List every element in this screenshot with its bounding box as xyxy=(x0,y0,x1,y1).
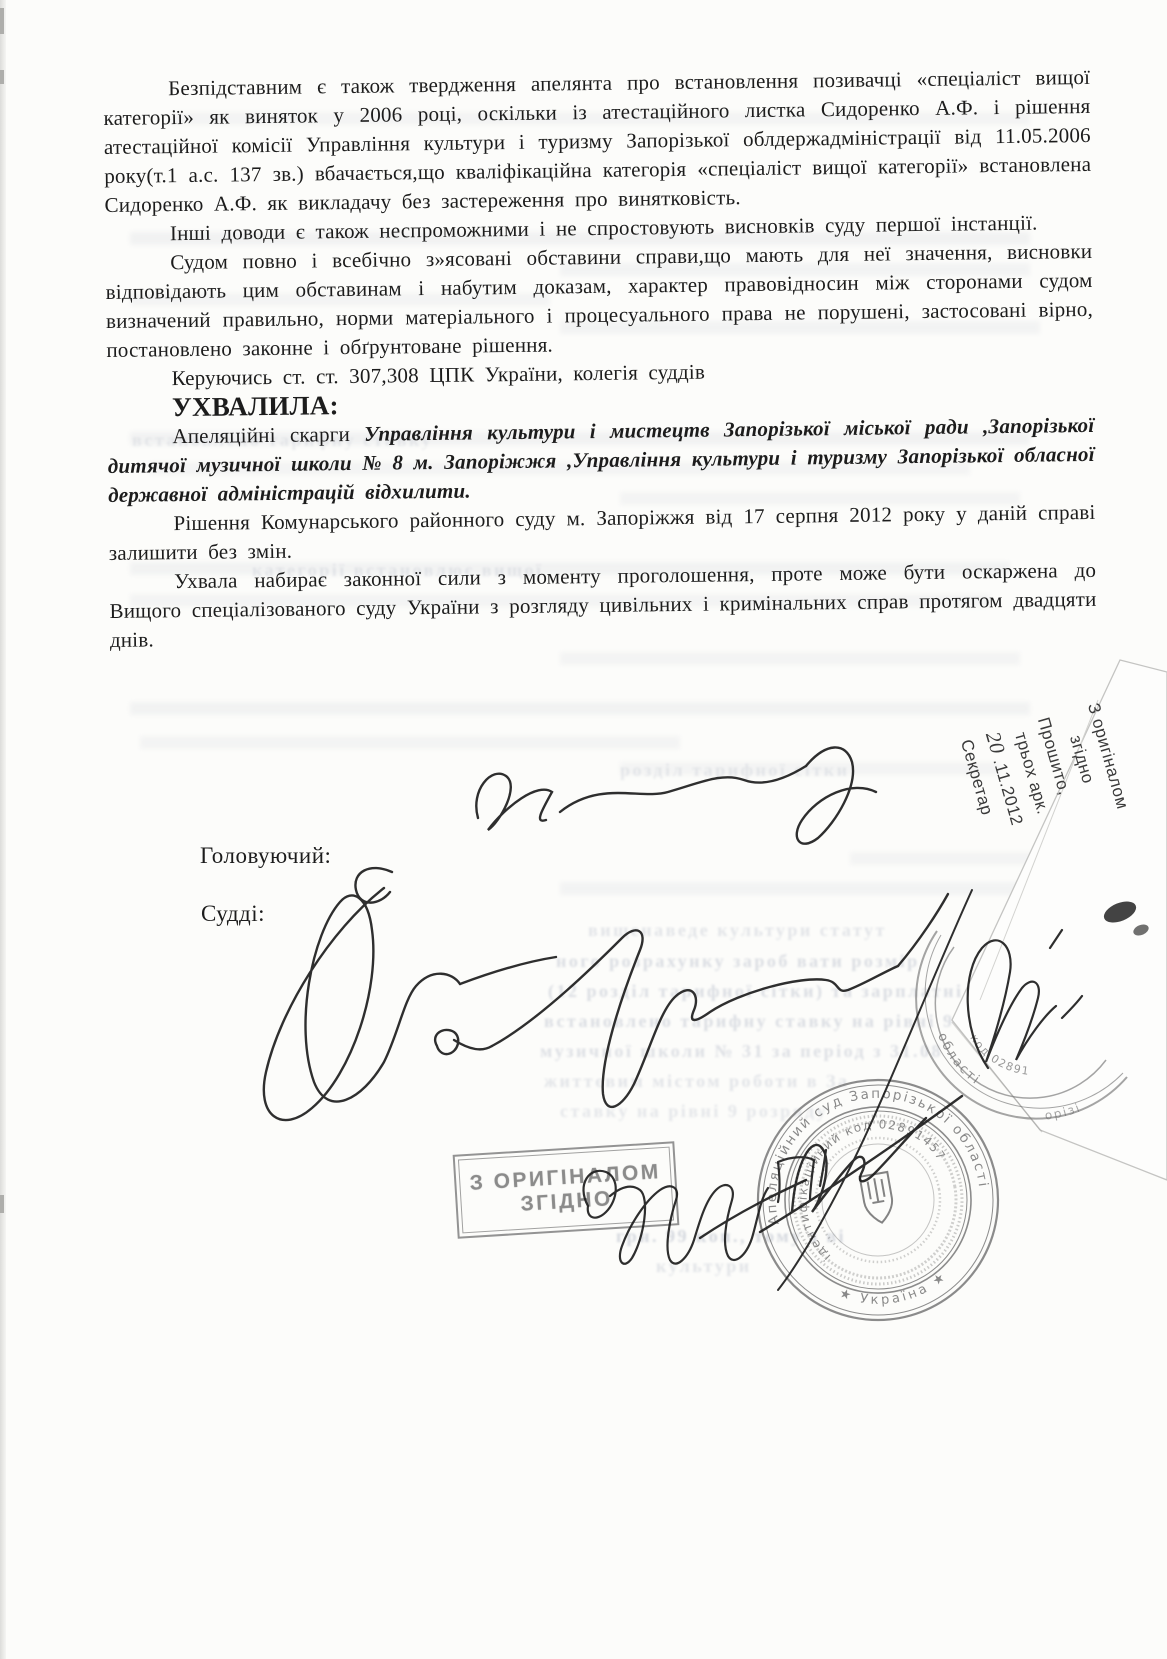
presiding-judge-label: Головуючий: xyxy=(200,843,331,869)
bleedthrough-streak xyxy=(130,702,1030,715)
bleedthrough-streak xyxy=(620,762,1000,775)
handwritten-day: 20 xyxy=(981,729,1010,757)
paragraph-operative-dismissal: Апеляційні скарги Управління культури і … xyxy=(107,411,1095,510)
bleedthrough-text: культури xyxy=(656,1256,896,1277)
paragraph-legal-force: Ухвала набирає законної сили з моменту п… xyxy=(109,556,1097,655)
paragraph-court-findings: Судом повно і всебічно з»ясовані обстави… xyxy=(105,237,1093,365)
court-ruling-scan-page: вищенаведе культури статутного розрахунк… xyxy=(0,0,1167,1659)
judges-label: Судді: xyxy=(201,901,265,927)
bleedthrough-streak xyxy=(140,736,680,749)
original-true-stamp-border: З ОРИГІНАЛОМ ЗГІДНО xyxy=(458,1147,674,1234)
bleedthrough-text: ставку на рівні 9 розряду xyxy=(560,1101,990,1122)
bleedthrough-streak xyxy=(560,652,1020,665)
bleedthrough-text: вищенаведе культури статут xyxy=(588,920,1058,941)
bleedthrough-text: грн. 99 коп., тому з ві xyxy=(616,1226,956,1247)
original-true-stamp: З ОРИГІНАЛОМ ЗГІДНО xyxy=(453,1141,680,1238)
bleedthrough-text: ного розрахунку зароб вати розмір xyxy=(556,951,1056,972)
bleedthrough-text: життєвим містом роботи в За xyxy=(544,1071,1044,1092)
stamp-text-line2: ЗГІДНО xyxy=(520,1187,614,1217)
bleedthrough-text: встановлено тарифну ставку на рівні 9 ро… xyxy=(544,1011,1076,1032)
ruling-text: Безпідставним є також твердження апелянт… xyxy=(103,63,1097,655)
bleedthrough-text: музичної школи № 31 за період з 31.08 xyxy=(540,1041,1080,1062)
bleedthrough-text: (12 розділ тарифної сітки) та зарплатні xyxy=(548,981,1068,1002)
operative-intro: Апеляційні скарги xyxy=(172,422,364,448)
paragraph-appellant-claim: Безпідставним є також твердження апелянт… xyxy=(103,63,1092,220)
